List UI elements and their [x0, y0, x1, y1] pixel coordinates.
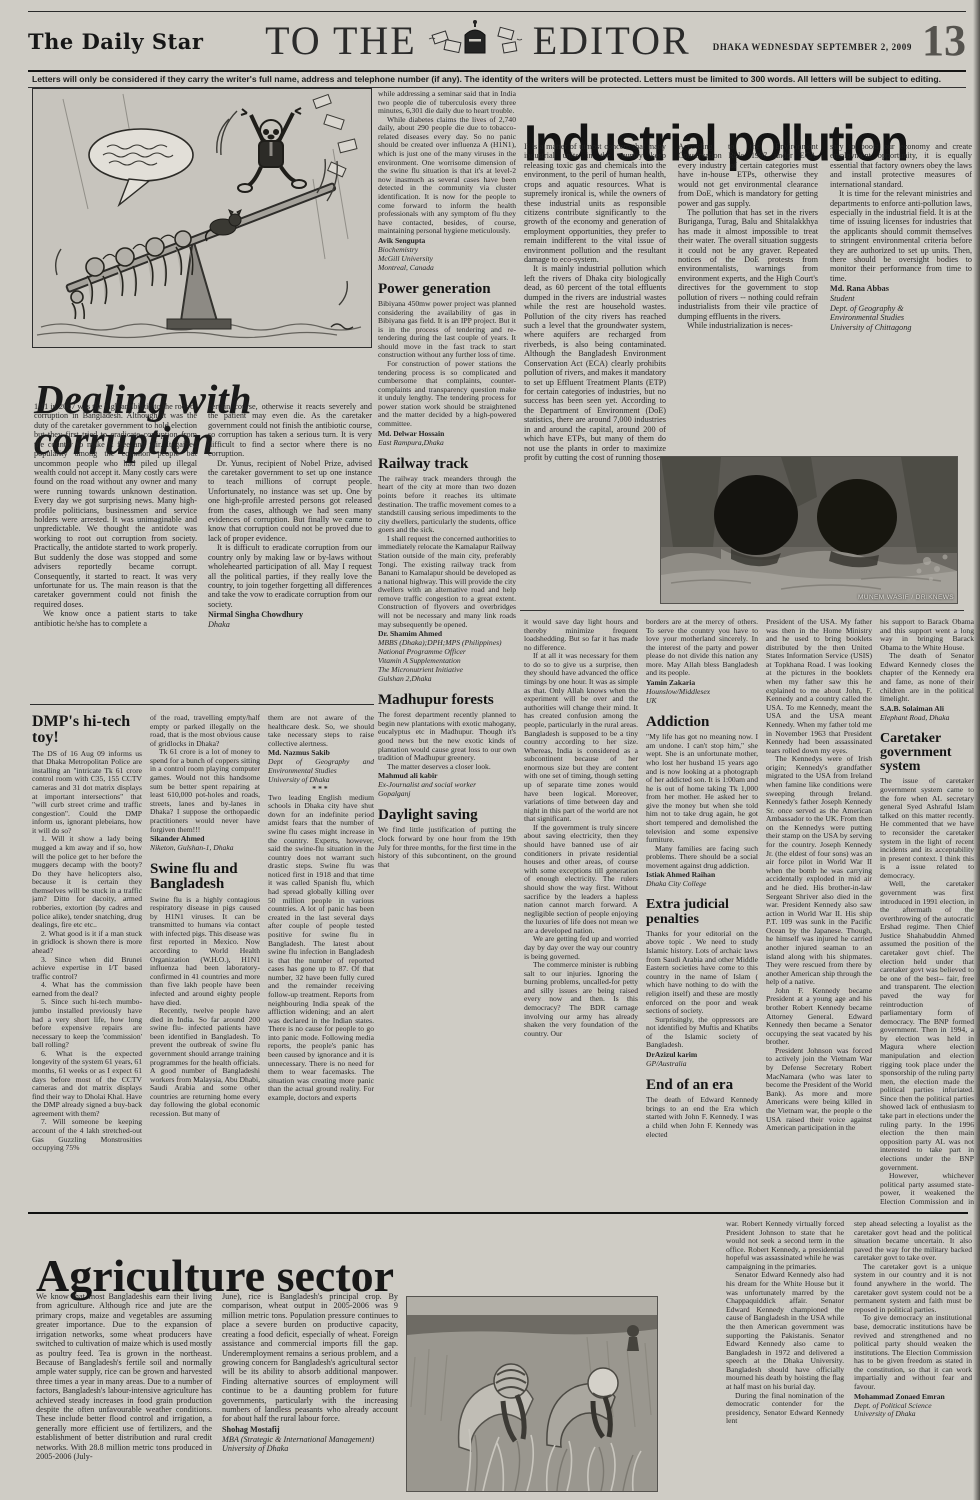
letter-signature: Md. Rana AbbasStudentDept. of Geography … — [830, 284, 972, 332]
letter-title-railway-track: Railway track — [378, 457, 516, 472]
paragraph: The commerce minister is rubbing salt to… — [524, 961, 638, 1038]
letter-end-of-era-start: The death of Edward Kennedy brings to an… — [646, 1096, 758, 1139]
paragraph: During the final nomination of the democ… — [726, 1392, 844, 1426]
paragraph: The death of Senator Edward Kennedy clos… — [880, 652, 974, 703]
letter-title-extra-judicial: Extra judicial penalties — [646, 898, 758, 927]
section-rule-left — [30, 704, 374, 705]
paragraph: The Kennedys were of Irish origin; Kenne… — [766, 755, 872, 987]
paragraph: 2. What good is it if a man stuck in gri… — [32, 930, 142, 956]
paragraph: it would save day light hours and thereb… — [524, 618, 638, 652]
paragraph: The railway track meanders through the h… — [378, 475, 516, 535]
paragraph: The death of Edward Kennedy brings to an… — [646, 1096, 758, 1139]
masthead-right: Dhaka Wednesday September 2, 2009 13 — [713, 22, 966, 59]
paragraph: of the road, travelling empty/half empty… — [150, 714, 260, 748]
letter-caretaker: The issue of caretaker government system… — [880, 777, 974, 1206]
paragraph: while addressing a seminar said that in … — [378, 90, 516, 116]
paragraph: While diabetes claims the lives of 2,740… — [378, 116, 516, 236]
paragraph: It is difficult to eradicate corruption … — [208, 543, 372, 609]
page-title-right: EDITOR — [533, 21, 691, 61]
paragraph: The pollution that has set in the rivers… — [678, 208, 818, 321]
paragraph: I shall request the concerned authoritie… — [378, 535, 516, 629]
paragraph: 5. Since such hi-tech mumbo-jumbo instal… — [32, 998, 142, 1049]
paragraph: Swine flu is a highly contagious respira… — [150, 896, 260, 1008]
paragraph: GP/Australia — [646, 1060, 758, 1069]
dmp-col-3: them are not aware of the healthcare des… — [268, 714, 374, 1206]
paragraph: While industrialization is neces- — [678, 321, 818, 330]
photo-credit: MUNEM WASIF / DRIKNEWS — [858, 594, 954, 601]
paragraph: University of Dhaka — [854, 1410, 972, 1419]
corruption-col-1: 1/11 in 2007 was the high antibiotic to … — [34, 402, 197, 698]
paragraph: Dhaka — [208, 620, 372, 630]
paragraph: If the government is truly sincere about… — [524, 824, 638, 936]
letter-daylight-saving: We find little justification of putting … — [378, 826, 516, 869]
letter-signature: Istiak Ahmed RaihanDhaka City College — [646, 871, 758, 889]
letter-title-swine-flu: Swine flu and Bangladesh — [150, 862, 260, 893]
paragraph: John F. Kennedy became President at a yo… — [766, 987, 872, 1047]
paragraph: June), rice is Bangladesh's principal cr… — [222, 1292, 398, 1424]
addiction-extrajudicial-col: borders are at the mercy of others. To s… — [646, 618, 758, 1206]
letters-column-middle: while addressing a seminar said that in … — [378, 90, 516, 1208]
paragraph: We know once a patient starts to take an… — [34, 609, 197, 628]
paragraph: The matter deserves a closer look. — [378, 763, 516, 772]
paragraph: Elephant Road, Dhaka — [880, 714, 974, 723]
editorial-cartoon — [32, 88, 372, 348]
letter-signature: Sikander AhmedNiketon, Gulshan-1, Dhaka — [150, 835, 260, 853]
paragraph: his support to Barack Obama and this sup… — [880, 618, 974, 652]
paragraph: Well, the caretaker government was first… — [880, 880, 974, 1172]
paper-logo: The Daily Star — [28, 29, 243, 54]
paragraph: It is time for the relevant ministries a… — [830, 189, 972, 283]
paragraph: President of the USA. My father was then… — [766, 618, 872, 755]
paragraph: borders are at the mercy of others. To s… — [646, 618, 758, 678]
paragraph: According to the Environment Conservatio… — [678, 142, 818, 208]
industrial-col-3: sary to boost our economy and create emp… — [830, 142, 972, 448]
paragraph: Niketon, Gulshan-1, Dhaka — [150, 844, 260, 853]
paragraph: University of Chittagong — [830, 323, 972, 333]
paragraph: war. Robert Kennedy virtually forced Pre… — [726, 1220, 844, 1271]
corruption-col-2: certain course, otherwise it reacts seve… — [208, 402, 372, 698]
agriculture-col-2: June), rice is Bangladesh's principal cr… — [222, 1292, 398, 1494]
paragraph: We find little justification of putting … — [378, 826, 516, 869]
dmp-col-1: DMP's hi-tech toy! The DS of 16 Aug 09 i… — [32, 714, 142, 1206]
paragraph: Recently, twelve people have died in Ind… — [150, 1007, 260, 1119]
letter-title-daylight-saving: Daylight saving — [378, 808, 516, 823]
paragraph: 3. Since when did Brunei achieve experti… — [32, 956, 142, 982]
paragraph: The issue of caretaker government system… — [880, 777, 974, 880]
letter-signature: Md. Nazmus SakibDept of Geography and En… — [268, 749, 374, 785]
paragraph: MBA (Strategic & International Managemen… — [222, 1435, 398, 1445]
paragraph: Md. Rana Abbas — [830, 284, 972, 294]
caretaker-bottom-col: step ahead selecting a loyalist as the c… — [854, 1220, 972, 1494]
paragraph: The forest department recently planned t… — [378, 711, 516, 762]
letter-signature: Shohag MostafijMBA (Strategic & Internat… — [222, 1425, 398, 1454]
paragraph: Dhaka City College — [646, 880, 758, 889]
letter-title-caretaker: Caretaker government system — [880, 732, 974, 775]
letter-extra-judicial: Thanks for your editorial on the above t… — [646, 930, 758, 1050]
paragraph: step ahead selecting a loyalist as the c… — [854, 1220, 972, 1263]
section-rule-bottom — [28, 1212, 968, 1214]
paragraph: Surprisingly, the oppressors are not ide… — [646, 1016, 758, 1050]
paragraph: Tk 61 crore is a lot of money to spend f… — [150, 748, 260, 834]
letter-title-power-generation: Power generation — [378, 282, 516, 297]
paragraph: For construction of power stations the t… — [378, 360, 516, 429]
effluent-pipes-photo: MUNEM WASIF / DRIKNEWS — [660, 456, 958, 604]
paragraph: It is mainly industrial pollution which … — [524, 264, 666, 462]
paragraph: We are getting fed up and worried day by… — [524, 935, 638, 961]
paragraph: sary to boost our economy and create emp… — [830, 142, 972, 189]
paragraph: them are not aware of the healthcare des… — [268, 714, 374, 748]
paragraph: 1/11 in 2007 was the high antibiotic to … — [34, 402, 197, 609]
paragraph: If at all it was necessary for them to d… — [524, 652, 638, 824]
masthead: The Daily Star TO THE — [28, 14, 966, 68]
paragraph: It is a matter of utmost concern that ma… — [524, 142, 666, 264]
masthead-top-rule — [28, 11, 966, 12]
agriculture-col-1: We know that most Bangladeshis earn thei… — [36, 1292, 212, 1494]
paragraph: Nirmal Singha Chowdhury — [208, 610, 372, 620]
paragraph: Gopalganj — [378, 790, 516, 799]
letter-signature: Mahmud ali kabirEx-Journalist and social… — [378, 772, 516, 799]
paragraph: The caretaker govt is a unique system in… — [854, 1263, 972, 1314]
letter-title-dmp: DMP's hi-tech toy! — [32, 714, 142, 747]
daylight-continuation-col: it would save day light hours and thereb… — [524, 618, 638, 1206]
paragraph: Senator Edward Kennedy also had his drea… — [726, 1271, 844, 1391]
newspaper-page: The Daily Star TO THE — [0, 0, 980, 1500]
letter-signature: Md. Delwar HossainEast Rampura,Dhaka — [378, 430, 516, 448]
paragraph: 1. Will it show a lady being mugged a km… — [32, 835, 142, 929]
paragraph: certain course, otherwise it reacts seve… — [208, 402, 372, 459]
section-rule-right — [520, 610, 964, 611]
industrial-col-2: According to the Environment Conservatio… — [678, 142, 818, 448]
paragraph: East Rampura,Dhaka — [378, 439, 516, 448]
paragraph: Two leading English medium schools in Dh… — [268, 794, 374, 1103]
letter-signature: Nirmal Singha ChowdhuryDhaka — [208, 610, 372, 629]
letter-title-madhupur-forests: Madhupur forests — [378, 693, 516, 708]
industrial-col-1: It is a matter of utmost concern that ma… — [524, 142, 666, 604]
letter-madhupur-forests: The forest department recently planned t… — [378, 711, 516, 771]
letter-signature: Dr. Shamim AhmedMBBS (Dhaka);DPH;MPS (Ph… — [378, 630, 516, 684]
page-title: TO THE ED — [243, 19, 713, 64]
paragraph: To give democracy an institutional base,… — [854, 1314, 972, 1391]
caretaker-col: his support to Barack Obama and this sup… — [880, 618, 974, 1206]
paragraph: Shohag Mostafij — [222, 1425, 398, 1435]
dmp-col-2: of the road, travelling empty/half empty… — [150, 714, 260, 1206]
letter-power-generation: Bibiyana 450mw power project was planned… — [378, 300, 516, 429]
page-number: 13 — [922, 22, 966, 59]
paragraph: 6. What is the expected longevity of the… — [32, 1050, 142, 1119]
page-title-left: TO THE — [265, 21, 417, 61]
paragraph: 4. What has the commission earned from t… — [32, 981, 142, 998]
paragraph: Environmental Studies — [830, 313, 972, 323]
paragraph: University of Dhaka — [222, 1444, 398, 1454]
paragraph: However, whichever political party assum… — [880, 1172, 974, 1206]
paragraph: The DS of 16 Aug 09 informs us that Dhak… — [32, 750, 142, 836]
letter-signature: DrAzizul karimGP/Australia — [646, 1051, 758, 1069]
letter-signature: Yamin ZakariaHounslow/MiddlesexUK — [646, 679, 758, 706]
letter-seminar-continuation: while addressing a seminar said that in … — [378, 90, 516, 236]
paragraph: President Johnson was forced to actively… — [766, 1047, 872, 1133]
paragraph: We know that most Bangladeshis earn thei… — [36, 1292, 212, 1462]
letter-title-end-of-era: End of an era — [646, 1078, 758, 1093]
paragraph: Dept. of Geography & — [830, 304, 972, 314]
letter-signature: S.A.B. Solaiman AliElephant Road, Dhaka — [880, 705, 974, 723]
paragraph: 7. Will someone be keeping account of th… — [32, 1118, 142, 1152]
letter-railway-track: The railway track meanders through the h… — [378, 475, 516, 629]
paragraph: Gulshan 2,Dhaka — [378, 675, 516, 684]
paragraph: Many families are facing such problems. … — [646, 845, 758, 871]
end-of-era-col: President of the USA. My father was then… — [766, 618, 872, 1206]
rice-harvest-photo — [406, 1296, 658, 1492]
end-of-era-bottom-col: war. Robert Kennedy virtually forced Pre… — [726, 1220, 844, 1494]
letter-swine-flu: Swine flu is a highly contagious respira… — [150, 896, 260, 1119]
letter-signature: Mohammad Zonaed EmranDept. of Political … — [854, 1393, 972, 1420]
paragraph: Montreal, Canada — [378, 264, 516, 273]
letter-signature: Avik SenguptaBiochemistryMcGill Universi… — [378, 237, 516, 273]
dateline: Dhaka Wednesday September 2, 2009 — [713, 42, 912, 60]
paragraph: Dept of Geography and Environmental Stud… — [268, 758, 374, 776]
letters-notice: Letters will only be considered if they … — [28, 70, 966, 88]
paragraph: Bibiyana 450mw power project was planned… — [378, 300, 516, 360]
paragraph: Student — [830, 294, 972, 304]
paragraph: Hounslow/Middlesex — [646, 688, 758, 697]
paragraph: Thanks for your editorial on the above t… — [646, 930, 758, 1016]
letter-title-addiction: Addiction — [646, 715, 758, 730]
paragraph: "My life has got no meaning now. I am un… — [646, 733, 758, 845]
paragraph: Dr. Yunus, recipient of Nobel Prize, adv… — [208, 459, 372, 544]
letter-addiction: "My life has got no meaning now. I am un… — [646, 733, 758, 870]
paragraph: UK — [646, 697, 758, 706]
mailbox-letters-icon — [427, 19, 523, 64]
